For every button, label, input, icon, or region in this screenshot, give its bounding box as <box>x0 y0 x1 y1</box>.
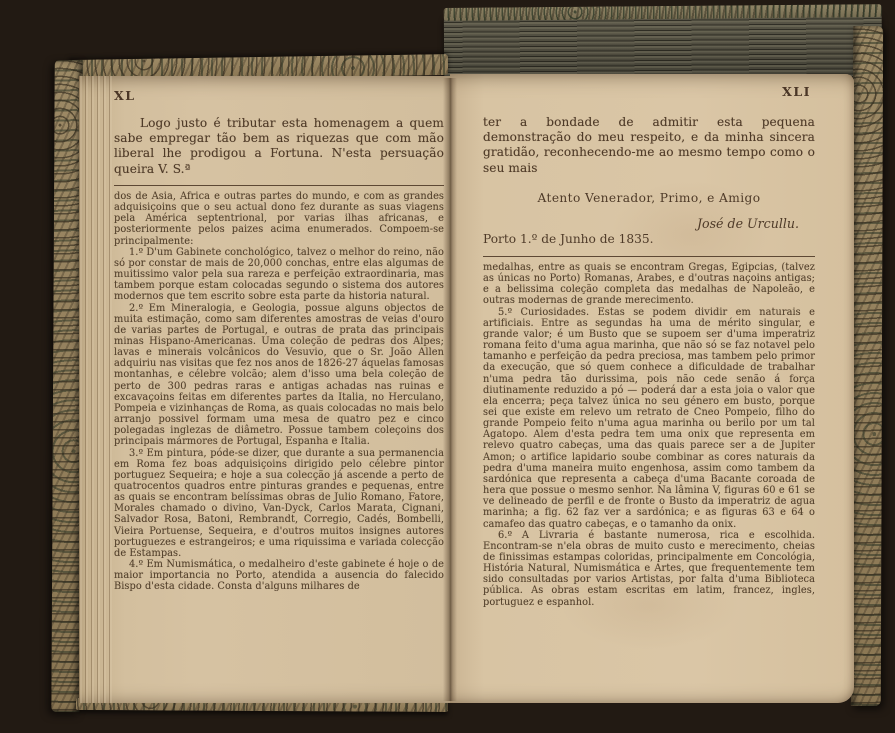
footnote-paragraph: 6.º A Livraria é bastante numerosa, rica… <box>483 530 815 608</box>
book-photo-scene: XL Logo justo é tributar esta homenagem … <box>0 0 895 733</box>
letter-dateline: Porto 1.º de Junho de 1835. <box>483 232 815 246</box>
left-page-footnote: dos de Asia, Africa e outras partes do m… <box>114 191 444 593</box>
book-gutter <box>443 78 457 701</box>
right-page-number: XLI <box>483 84 815 99</box>
left-page-body-paragraph: Logo justo é tributar esta homenagem a q… <box>114 116 444 177</box>
footnote-paragraph: 4.º Em Numismática, o medalheiro d'este … <box>114 559 444 592</box>
book-top-page-stack-edge <box>444 13 883 80</box>
left-page-number: XL <box>114 88 444 103</box>
book-cover-edge-left <box>51 60 82 712</box>
footnote-paragraph: 3.º Em pintura, póde-se dizer, que duran… <box>114 448 444 560</box>
letter-signature: José de Urcullu. <box>483 216 815 231</box>
letter-salutation: Atento Venerador, Primo, e Amigo <box>483 191 815 205</box>
footnote-paragraph: 2.º Em Mineralogia, e Geologia, possue a… <box>114 303 444 448</box>
book-cover-edge-right <box>851 26 883 706</box>
right-page-body-paragraph: ter a bondade de admitir esta pequena de… <box>483 115 815 176</box>
left-page-text-column: XL Logo justo é tributar esta homenagem … <box>114 88 444 593</box>
footnote-paragraph: 5.º Curiosidades. Estas se podem dividir… <box>483 307 815 530</box>
footnote-separator-rule <box>483 256 815 257</box>
right-page-text-column: XLI ter a bondade de admitir esta pequen… <box>483 84 815 608</box>
footnote-paragraph: 1.º D'um Gabinete conchológico, talvez o… <box>114 247 444 303</box>
footnote-paragraph: dos de Asia, Africa e outras partes do m… <box>114 191 444 247</box>
right-page-footnote: medalhas, entre as quais se encontram Gr… <box>483 262 815 608</box>
footnote-paragraph: medalhas, entre as quais se encontram Gr… <box>483 262 815 307</box>
footnote-separator-rule <box>114 185 444 186</box>
